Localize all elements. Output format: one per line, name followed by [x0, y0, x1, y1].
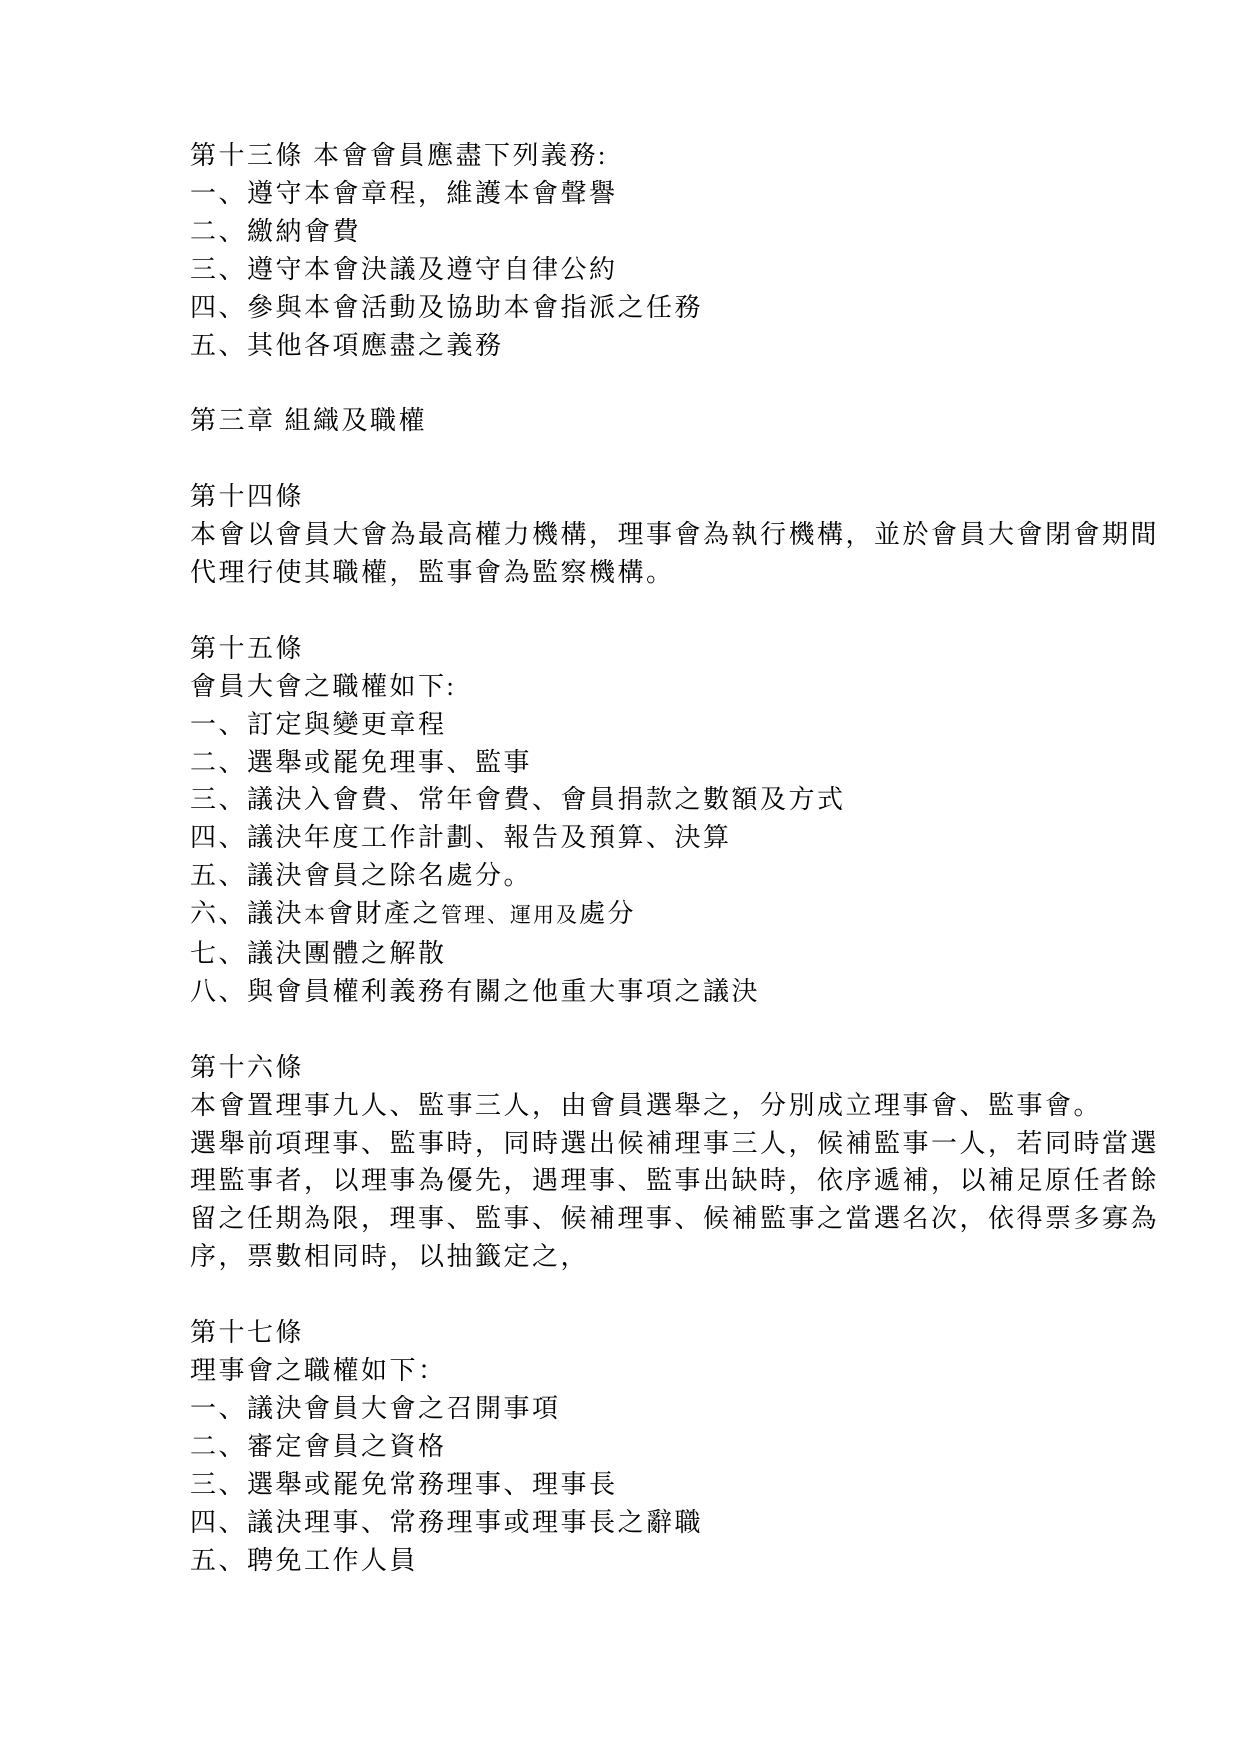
text-line: 理事會之職權如下：	[190, 1352, 1170, 1390]
text-line: 五、聘免工作人員	[190, 1542, 1170, 1580]
text-line: 一、遵守本會章程，維護本會聲譽	[190, 175, 1170, 213]
text-line: 二、繳納會費	[190, 213, 1170, 251]
blank-line	[190, 1011, 1170, 1049]
text-line: 六、議決本會財產之管理、運用及處分	[190, 895, 1170, 935]
text-segment: 六、議決	[190, 899, 304, 928]
text-line: 第十七條	[190, 1314, 1170, 1352]
document-page: 第十三條 本會會員應盡下列義務:一、遵守本會章程，維護本會聲譽二、繳納會費三、遵…	[0, 0, 1241, 1755]
text-line: 第十六條	[190, 1049, 1170, 1087]
text-line: 五、議決會員之除名處分。	[190, 857, 1170, 895]
text-line: 本會置理事九人、監事三人，由會員選舉之，分別成立理事會、監事會。	[190, 1087, 1170, 1125]
text-line: 理監事者，以理事為優先，遇理事、監事出缺時，依序遞補，以補足原任者餘	[190, 1162, 1170, 1200]
text-line: 四、議決年度工作計劃、報告及預算、決算	[190, 819, 1170, 857]
text-line: 留之任期為限，理事、監事、候補理事、候補監事之當選名次，依得票多寡為	[190, 1200, 1170, 1238]
text-line: 第十四條	[190, 478, 1170, 516]
blank-line	[190, 1276, 1170, 1314]
text-line: 八、與會員權利義務有關之他重大事項之議決	[190, 973, 1170, 1011]
text-line: 三、選舉或罷免常務理事、理事長	[190, 1466, 1170, 1504]
text-line: 序，票數相同時，以抽籤定之，	[190, 1238, 1170, 1276]
text-segment: 管理、運用及	[441, 903, 579, 927]
text-line: 四、議決理事、常務理事或理事長之辭職	[190, 1504, 1170, 1542]
text-line: 第三章 組織及職權	[190, 402, 1170, 440]
text-line: 一、訂定與變更章程	[190, 706, 1170, 744]
text-segment: 處分	[579, 899, 636, 928]
blank-line	[190, 592, 1170, 630]
text-segment: 本	[304, 903, 327, 927]
text-line: 三、遵守本會決議及遵守自律公約	[190, 251, 1170, 289]
text-line: 五、其他各項應盡之義務	[190, 327, 1170, 365]
text-line: 第十三條 本會會員應盡下列義務:	[190, 137, 1170, 175]
blank-line	[190, 440, 1170, 478]
blank-line	[190, 364, 1170, 402]
document-text-block: 第十三條 本會會員應盡下列義務:一、遵守本會章程，維護本會聲譽二、繳納會費三、遵…	[190, 137, 1170, 1579]
text-line: 本會以會員大會為最高權力機構，理事會為執行機構，並於會員大會閉會期間	[190, 516, 1170, 554]
text-line: 選舉前項理事、監事時，同時選出候補理事三人，候補監事一人，若同時當選	[190, 1125, 1170, 1163]
text-line: 第十五條	[190, 630, 1170, 668]
text-line: 七、議決團體之解散	[190, 935, 1170, 973]
text-line: 會員大會之職權如下:	[190, 668, 1170, 706]
text-line: 一、議決會員大會之召開事項	[190, 1390, 1170, 1428]
text-segment: 會財產之	[327, 899, 441, 928]
text-line: 二、選舉或罷免理事、監事	[190, 744, 1170, 782]
text-line: 四、參與本會活動及協助本會指派之任務	[190, 289, 1170, 327]
text-line: 二、審定會員之資格	[190, 1428, 1170, 1466]
text-line: 代理行使其職權，監事會為監察機構。	[190, 554, 1170, 592]
text-line: 三、議決入會費、常年會費、會員捐款之數額及方式	[190, 781, 1170, 819]
